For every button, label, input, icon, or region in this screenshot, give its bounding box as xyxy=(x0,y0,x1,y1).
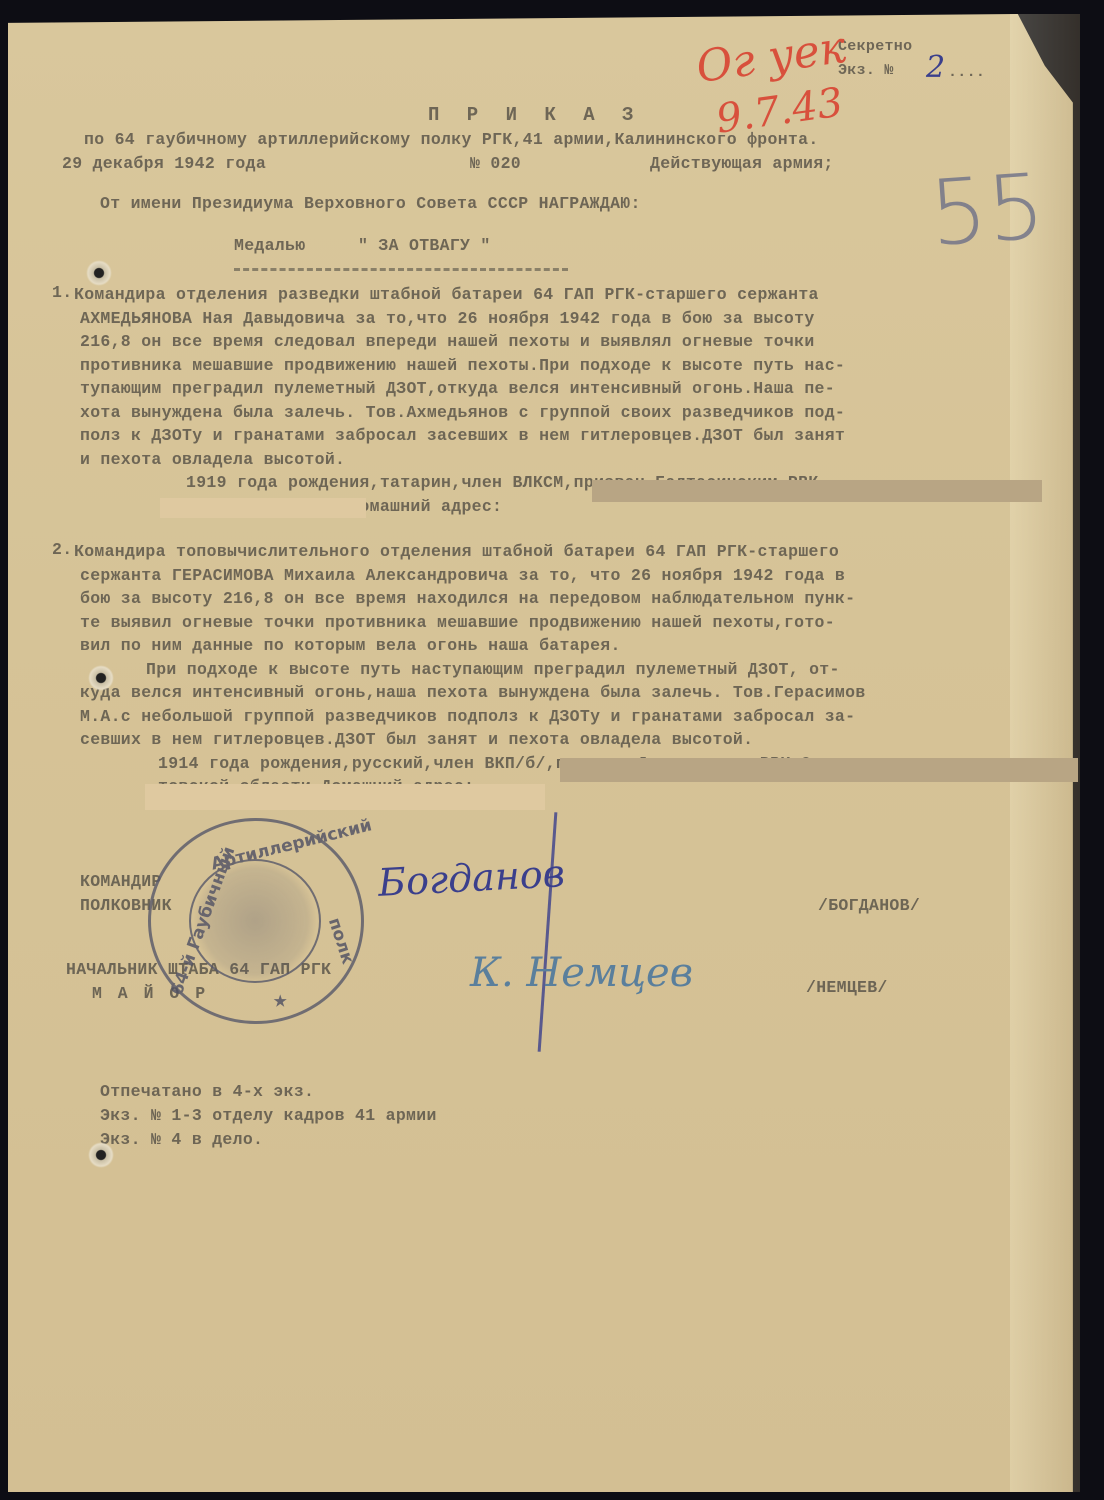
commander-name: /БОГДАНОВ/ xyxy=(818,896,920,915)
punch-hole xyxy=(86,260,112,286)
entry-2-para2: При подходе к высоте путь наступающим пр… xyxy=(146,658,932,682)
footer-line-2: Экз. № 1-3 отделу кадров 41 армии xyxy=(100,1106,437,1125)
commander-title: КОМАНДИР xyxy=(80,872,162,891)
award-underline xyxy=(234,268,568,271)
copy-dots: .... xyxy=(948,64,985,81)
entry-2-line: бою за высоту 216,8 он все время находил… xyxy=(80,587,866,611)
entry-2-line: сержанта ГЕРАСИМОВА Михаила Александрови… xyxy=(80,564,866,588)
preamble: От имени Президиума Верховного Совета СС… xyxy=(100,194,641,213)
entry-2-line: Командира топовычислительного отделения … xyxy=(74,540,860,564)
entry-2-line: те выявил огневые точки противника мешав… xyxy=(80,611,866,635)
order-date: 29 декабря 1942 года xyxy=(62,154,266,173)
chief-name: /НЕМЦЕВ/ xyxy=(806,978,888,997)
entry-1-line: хота вынуждена была залечь. Тов.Ахмедьян… xyxy=(80,401,845,425)
entry-2-para2: севших в нем гитлеровцев.ДЗОТ был занят … xyxy=(80,728,866,752)
document-title: П Р И К А З xyxy=(428,104,641,126)
entry-1-line: Командира отделения разведки штабной бат… xyxy=(74,283,839,307)
punch-hole xyxy=(88,1142,114,1168)
secrecy-label: Секретно xyxy=(838,38,912,55)
order-location: Действующая армия; xyxy=(650,154,834,173)
footer-line-1: Отпечатано в 4-х экз. xyxy=(100,1082,314,1101)
star-icon: ★ xyxy=(273,985,287,1015)
footer-line-3: Экз. № 4 в дело. xyxy=(100,1130,263,1149)
entry-1-line: противника мешавшие продвижению нашей пе… xyxy=(80,354,845,378)
entry-1-line: полз к ДЗОТу и гранатами забросал засевш… xyxy=(80,424,845,448)
award-label: Медалью xyxy=(234,236,305,255)
punch-hole xyxy=(88,665,114,691)
redacted-address-2b xyxy=(145,784,545,810)
chief-signature: К. Немцев xyxy=(470,950,693,996)
entry-1-line: АХМЕДЬЯНОВА Ная Давыдовича за то,что 26 … xyxy=(80,307,845,331)
regiment-seal: Артиллерийский 64-й Гаубичный полк ★ xyxy=(148,818,364,1024)
redacted-address-2 xyxy=(560,758,1078,782)
entry-1-line: 216,8 он все время следовал впереди наше… xyxy=(80,330,845,354)
entry-2-para2: М.А.с небольшой группой разведчиков подп… xyxy=(80,705,866,729)
pencil-page-number: 55 xyxy=(926,154,1048,267)
entry-2-number: 2. xyxy=(52,540,72,559)
copy-number: 2 xyxy=(926,50,945,85)
entry-1-number: 1. xyxy=(52,283,72,302)
redacted-address-1 xyxy=(592,480,1042,502)
redacted-address-1b xyxy=(160,498,366,518)
entry-1-line: тупающим преградил пулеметный ДЗОТ,откуд… xyxy=(80,377,845,401)
seal-right-text: полк xyxy=(324,915,358,966)
entry-2-line: вил по ним данные по которым вела огонь … xyxy=(80,634,866,658)
document-subtitle: по 64 гаубичному артиллерийскому полку Р… xyxy=(84,130,819,149)
entry-2-para2: куда велся интенсивный огонь,наша пехота… xyxy=(80,681,866,705)
award-name: " ЗА ОТВАГУ " xyxy=(358,236,491,255)
order-number: № 020 xyxy=(470,154,521,173)
entry-1-line: и пехота овладела высотой. xyxy=(80,448,845,472)
